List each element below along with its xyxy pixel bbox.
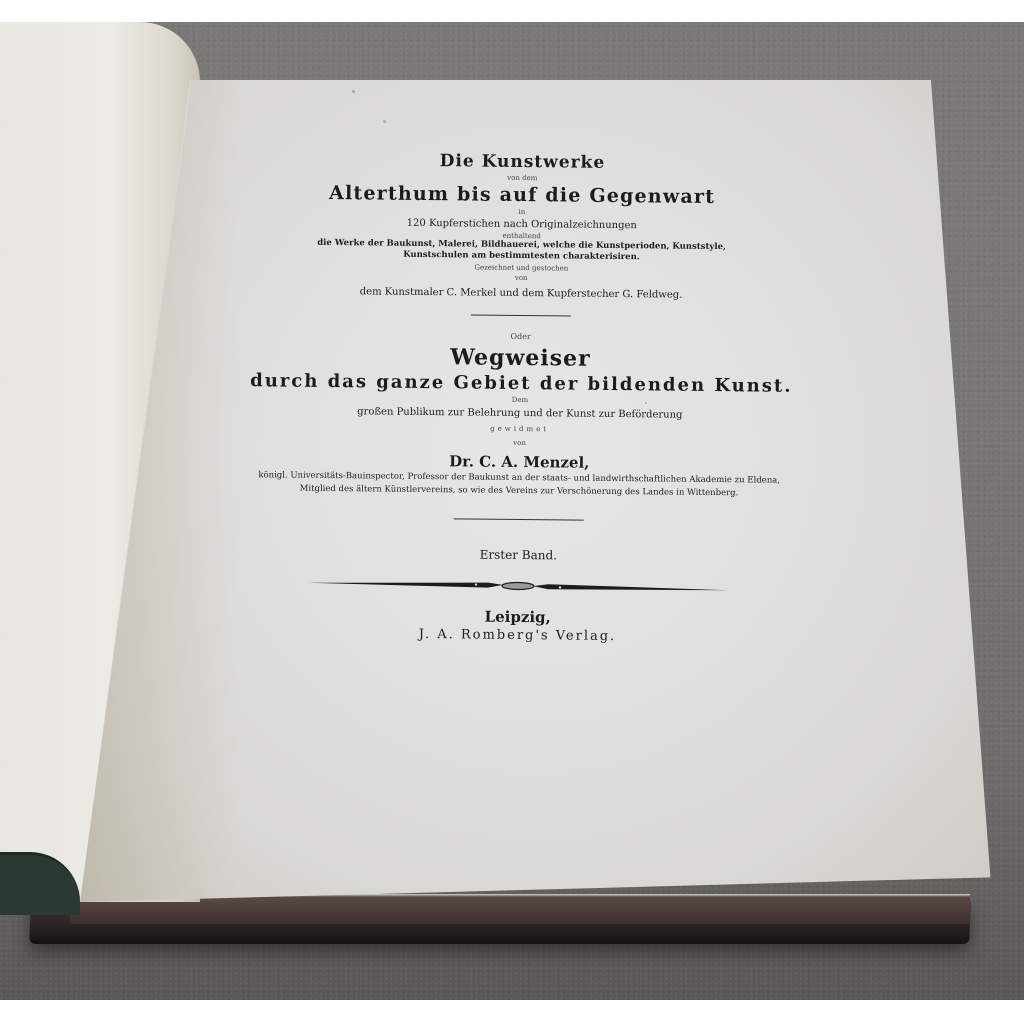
connector-von-author: von <box>249 436 789 450</box>
foxing-spot <box>383 120 386 123</box>
divider-rule <box>454 518 584 520</box>
title-line-2: Alterthum bis auf die Gegenwart <box>252 181 792 209</box>
foxing-spot <box>352 90 355 93</box>
title-line-1: Die Kunstwerke <box>252 149 792 175</box>
volume-label: Erster Band. <box>248 545 788 565</box>
dedication: großen Publikum zur Belehrung und der Ku… <box>250 405 790 422</box>
divider-rule <box>471 314 571 316</box>
title-block: Die Kunstwerke von dem Alterthum bis auf… <box>247 149 792 646</box>
ornamental-rule <box>308 578 728 594</box>
alt-title-line-2: durch das ganze Gebiet der bildenden Kun… <box>250 370 790 397</box>
artists-credit: dem Kunstmaler C. Merkel und dem Kupfers… <box>251 285 791 302</box>
connector-oder: Oder <box>251 329 791 344</box>
alt-title-wegweiser: Wegweiser <box>250 342 790 374</box>
book-photo: Die Kunstwerke von dem Alterthum bis auf… <box>0 22 1024 1000</box>
connector-gewidmet: gewidmet <box>250 422 790 436</box>
